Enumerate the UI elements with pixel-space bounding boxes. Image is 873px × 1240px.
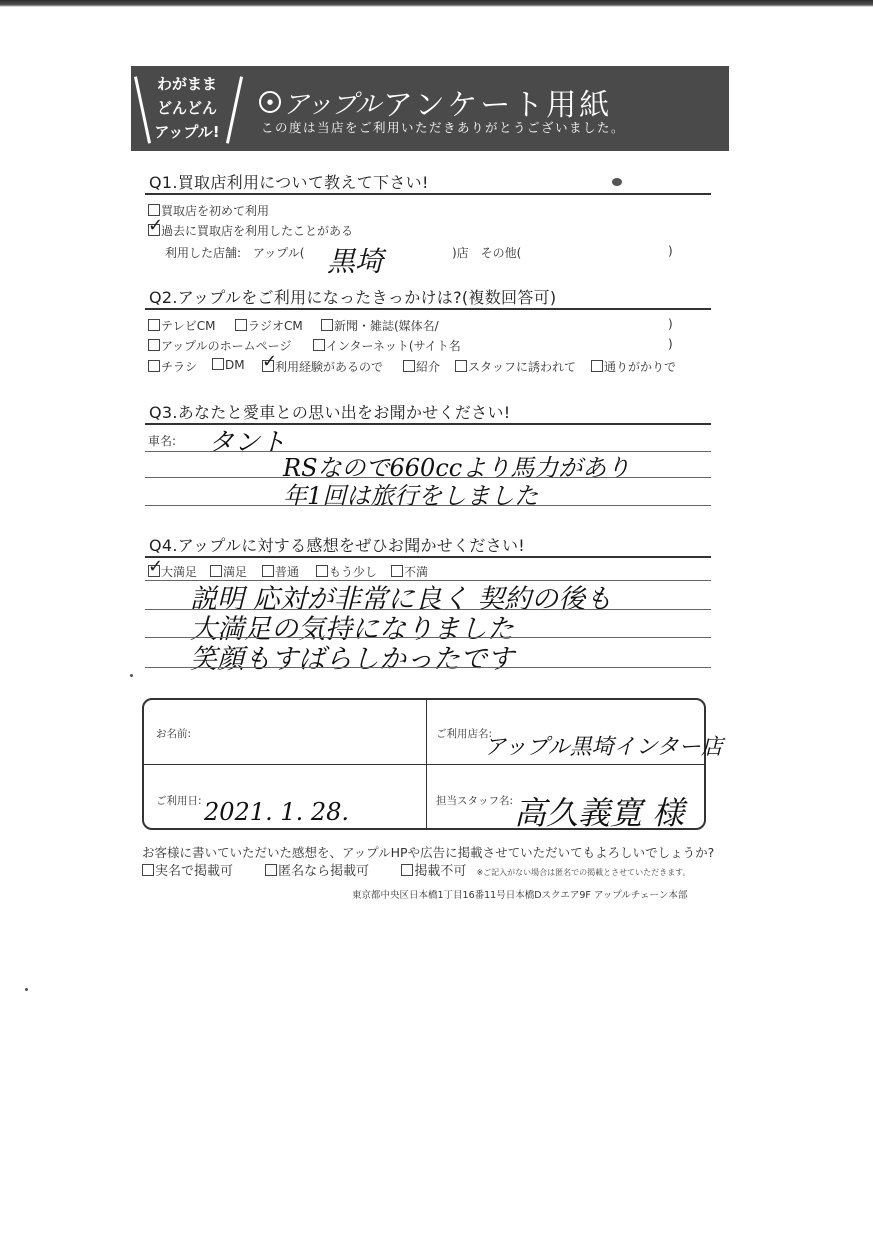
checkbox[interactable] — [321, 319, 333, 331]
q1-option-first-time[interactable]: 買取店を初めて利用 — [148, 202, 269, 219]
divider — [145, 193, 711, 195]
slogan: わがまま どんどん アップル! — [151, 72, 223, 148]
checkbox[interactable] — [265, 864, 277, 876]
store-name-value[interactable]: アップル黒埼インター店 — [484, 730, 723, 761]
q1-title: Q1.買取店利用について教えて下さい! — [149, 170, 429, 193]
q2-opt-dm[interactable]: DM — [212, 358, 245, 372]
option-label: チラシ — [161, 360, 197, 374]
option-label: テレビCM — [161, 319, 216, 333]
writing-line — [145, 505, 711, 506]
scan-edge — [0, 0, 873, 7]
checkbox-checked[interactable] — [262, 360, 274, 372]
q2-opt-internet[interactable]: インターネット(サイト名 — [313, 337, 461, 354]
apple-logo-icon: ● — [259, 91, 281, 113]
q3-title: Q3.あなたと愛車との思い出をお聞かせください! — [149, 400, 510, 423]
header-banner: わがまま どんどん アップル! ● アップル アンケート用紙 この度は当店をご利… — [131, 66, 729, 151]
option-label: スタッフに誘われて — [468, 360, 576, 374]
option-label: 匿名なら掲載可 — [278, 864, 369, 879]
q4-answer-line[interactable]: 笑顔もすばらしかったです — [190, 637, 514, 676]
date-label: ご利用日: — [156, 793, 202, 808]
option-label: 通りがかりで — [604, 360, 676, 374]
scan-speck — [25, 988, 28, 991]
q2-title: Q2.アップルをご利用になったきっかけは?(複数回答可) — [149, 285, 556, 308]
checkbox[interactable] — [235, 319, 247, 331]
checkbox[interactable] — [391, 565, 403, 577]
slogan-line: どんどん — [151, 96, 223, 120]
q1-store-field: 利用した店舗: アップル( — [165, 244, 304, 261]
slogan-line: アップル! — [151, 120, 223, 144]
option-label: DM — [225, 358, 245, 372]
checkbox-checked[interactable] — [148, 224, 160, 236]
option-label: 紹介 — [416, 360, 440, 374]
publish-consent-options: 実名で掲載可 匿名なら掲載可 掲載不可 ※ご記入がない場合は匿名での掲載とさせて… — [142, 860, 691, 879]
checkbox[interactable] — [148, 360, 160, 372]
q2-opt-newspaper[interactable]: 新聞・雑誌(媒体名/ — [321, 317, 439, 334]
q2-opt-flyer[interactable]: チラシ — [148, 358, 197, 375]
consent-not-allowed[interactable]: 掲載不可 — [401, 864, 466, 879]
divider — [145, 308, 711, 310]
q1-store-handwriting[interactable]: 黒埼 — [327, 240, 383, 280]
date-value[interactable]: 2021. 1. 28. — [204, 798, 349, 826]
brand-logo: アップル — [283, 84, 380, 121]
option-label: 新聞・雑誌(媒体名/ — [334, 319, 439, 333]
car-name-label: 車名: — [148, 432, 176, 449]
divider — [145, 556, 711, 558]
checkbox[interactable] — [210, 565, 222, 577]
q1-store-suffix: )店 その他( — [452, 244, 521, 261]
option-label: インターネット(サイト名 — [326, 339, 461, 353]
option-label: 買取店を初めて利用 — [161, 204, 269, 218]
checkbox[interactable] — [262, 565, 274, 577]
checkbox[interactable] — [403, 360, 415, 372]
close-paren: ) — [668, 317, 673, 331]
q2-opt-radio[interactable]: ラジオCM — [235, 317, 303, 334]
hq-address: 東京都中央区日本橋1丁目16番11号日本橋Dスクエア9F アップルチェーン本部 — [352, 887, 687, 901]
q1-other-close: ) — [668, 244, 673, 258]
checkbox[interactable] — [401, 864, 413, 876]
q2-opt-staff[interactable]: スタッフに誘われて — [455, 358, 576, 375]
checkbox[interactable] — [148, 319, 160, 331]
q2-opt-experience[interactable]: 利用経験があるので — [262, 358, 383, 375]
customer-info-box: お名前: ご利用店名: アップル黒埼インター店 ご利用日: 2021. 1. 2… — [142, 698, 706, 830]
option-label: 掲載不可 — [414, 864, 466, 879]
publish-consent-question: お客様に書いていただいた感想を、アップルHPや広告に掲載させていただいてもよろし… — [142, 843, 714, 861]
checkbox[interactable] — [316, 565, 328, 577]
checkbox[interactable] — [313, 339, 325, 351]
page-subtitle: この度は当店をご利用いただきありがとうございました。 — [261, 118, 625, 136]
checkbox[interactable] — [455, 360, 467, 372]
q4-title: Q4.アップルに対する感想をぜひお聞かせください! — [149, 533, 525, 556]
slash-decoration — [226, 76, 243, 143]
divider — [144, 764, 704, 765]
checkbox-checked[interactable] — [148, 565, 160, 577]
close-paren: ) — [668, 337, 673, 351]
checkbox[interactable] — [591, 360, 603, 372]
option-label: 実名で掲載可 — [155, 864, 233, 879]
checkbox[interactable] — [148, 339, 160, 351]
store-prefix-label: 利用した店舗: アップル( — [165, 246, 304, 260]
consent-real-name[interactable]: 実名で掲載可 — [142, 864, 233, 879]
consent-anonymous[interactable]: 匿名なら掲載可 — [265, 864, 369, 879]
consent-note: ※ご記入がない場合は匿名での掲載とさせていただきます。 — [476, 868, 690, 877]
q2-opt-passing[interactable]: 通りがかりで — [591, 358, 676, 375]
option-label: ラジオCM — [248, 319, 303, 333]
option-label: 過去に買取店を利用したことがある — [161, 224, 353, 238]
option-label: 利用経験があるので — [275, 360, 383, 374]
q2-opt-tv[interactable]: テレビCM — [148, 317, 216, 334]
scan-speck — [130, 674, 133, 677]
car-name-handwriting[interactable]: タント — [208, 422, 286, 459]
checkbox[interactable] — [212, 358, 224, 370]
staff-label: 担当スタッフ名: — [436, 793, 513, 808]
q1-option-used-before[interactable]: 過去に買取店を利用したことがある — [148, 222, 353, 239]
scan-speck — [612, 178, 622, 186]
writing-line — [145, 667, 711, 668]
name-label: お名前: — [156, 726, 191, 741]
slash-decoration — [134, 76, 151, 143]
checkbox[interactable] — [142, 864, 154, 876]
q2-opt-referral[interactable]: 紹介 — [403, 358, 440, 375]
slogan-line: わがまま — [151, 72, 223, 96]
staff-value[interactable]: 高久義寛 様 — [514, 788, 684, 834]
